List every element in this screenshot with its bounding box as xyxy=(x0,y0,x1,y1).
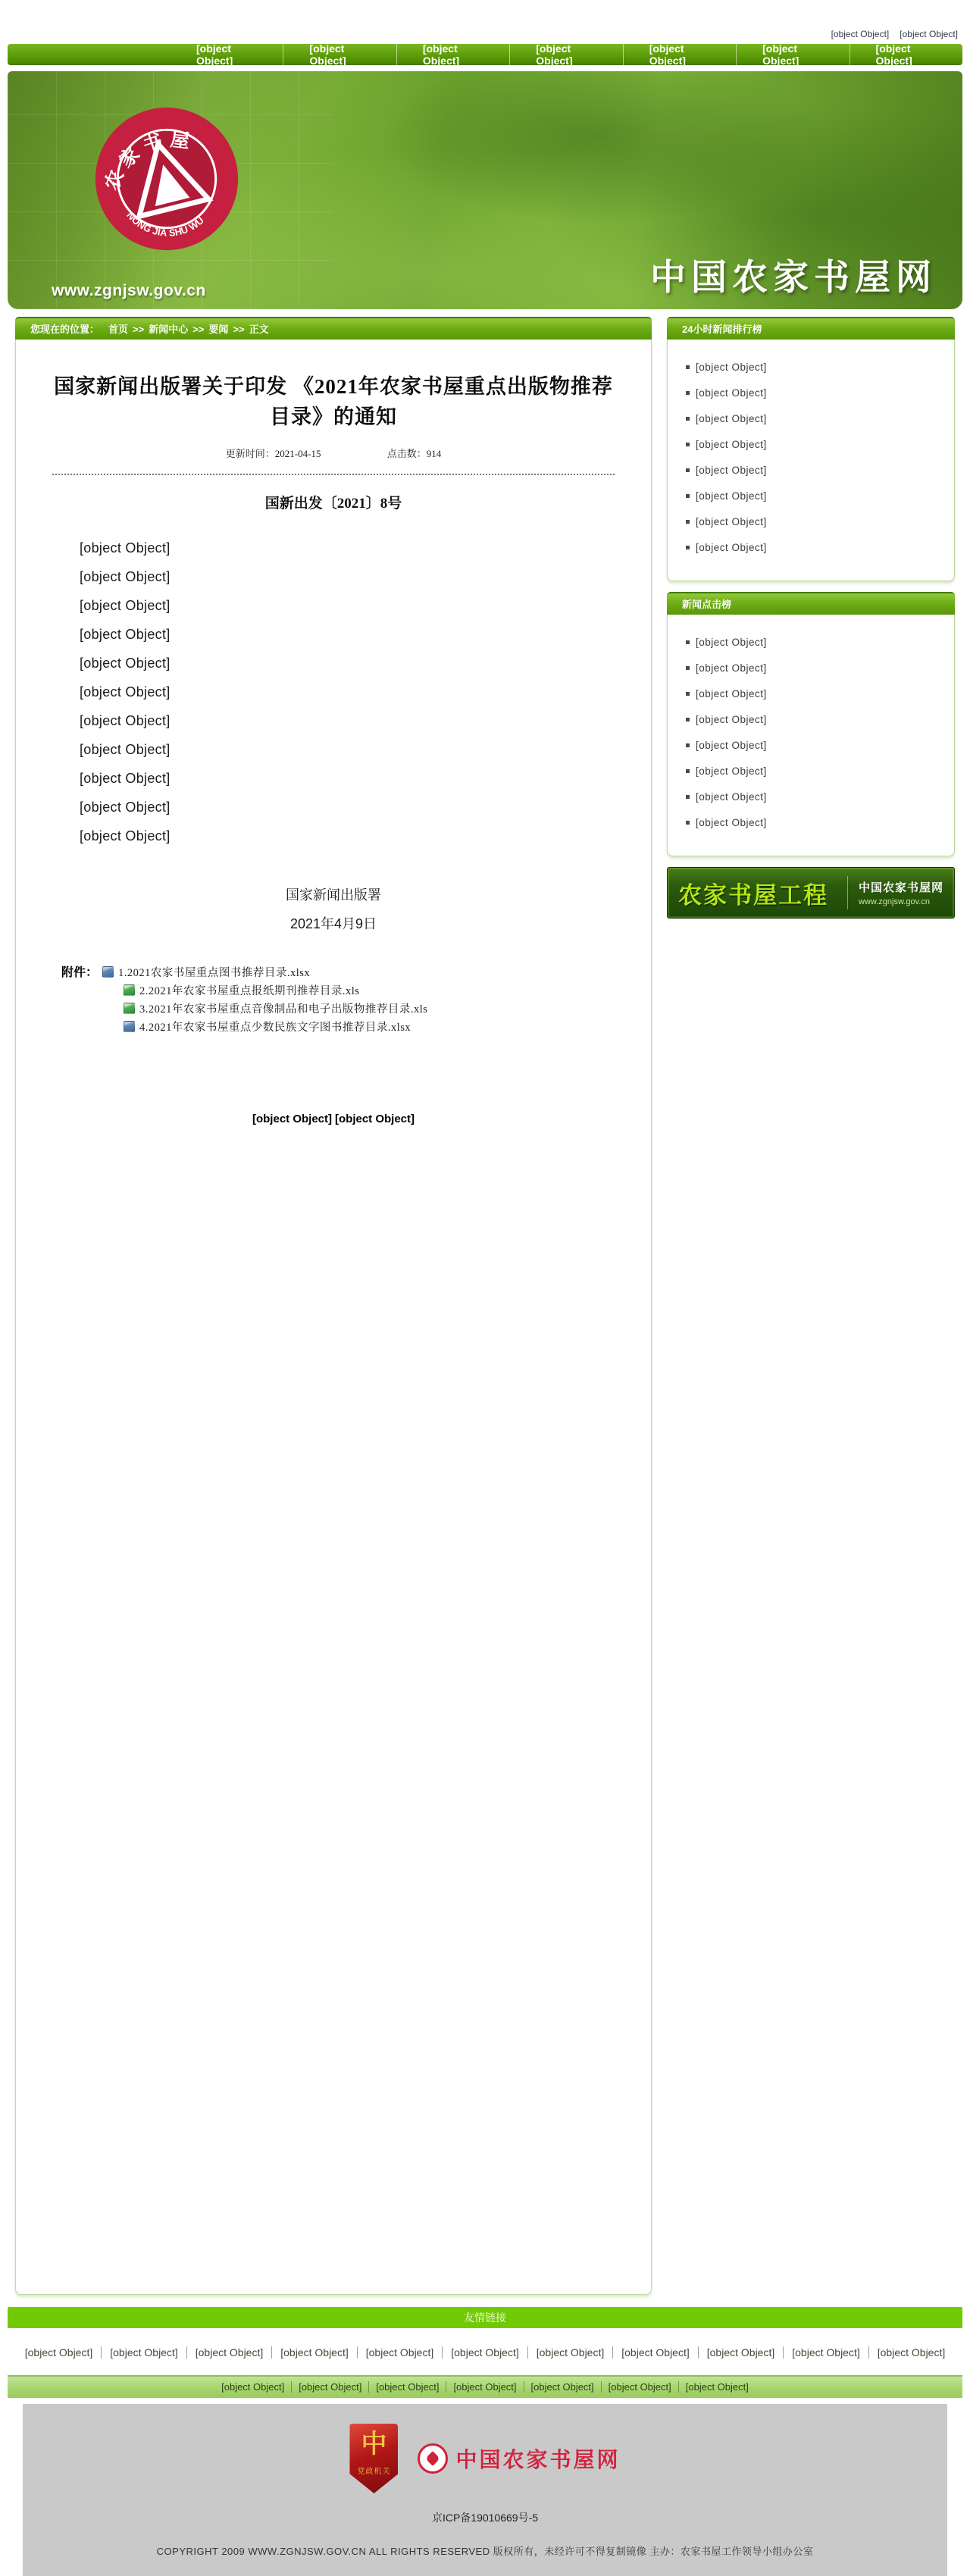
news-list-item[interactable]: [object Object] xyxy=(668,458,954,484)
gov-agency-badge-icon[interactable]: 中 党政机关 xyxy=(349,2424,398,2493)
footer-link[interactable]: [object Object] xyxy=(784,2346,869,2358)
article-paragraph: [object Object] xyxy=(52,591,615,620)
article-paragraph: [object Object] xyxy=(52,649,615,678)
article-actions: [object Object][object Object] xyxy=(52,1113,615,1126)
breadcrumb-item: >>正文 xyxy=(228,324,268,335)
breadcrumb-separator: >> xyxy=(133,324,144,335)
news-list-item[interactable]: [object Object] xyxy=(668,681,954,707)
spreadsheet-file-icon xyxy=(124,1003,135,1014)
spreadsheet-file-icon xyxy=(124,1021,135,1032)
bullet-icon xyxy=(686,692,690,696)
article-paragraph: [object Object] xyxy=(52,706,615,735)
news-list-item[interactable]: [object Object] xyxy=(668,380,954,406)
article-action-button[interactable]: [object Object] xyxy=(335,1113,415,1125)
nav-item[interactable]: [object Object] xyxy=(171,42,283,67)
news-list-item[interactable]: [object Object] xyxy=(668,406,954,432)
article-action-button[interactable]: [object Object] xyxy=(252,1113,332,1125)
news-list-item[interactable]: [object Object] xyxy=(668,535,954,561)
spreadsheet-file-icon xyxy=(124,984,135,996)
news-link[interactable]: [object Object] xyxy=(696,439,767,450)
sidebar: 24小时新闻排行榜 [object Object][object Object]… xyxy=(667,317,955,919)
news-link[interactable]: [object Object] xyxy=(696,516,767,527)
footer-link[interactable]: [object Object] xyxy=(187,2346,273,2358)
nav-item[interactable]: [object Object] xyxy=(624,42,737,67)
article-meta: 更新时间：2021-04-15 点击数：914 xyxy=(52,446,615,460)
nav-item[interactable]: [object Object] xyxy=(283,42,396,67)
clicks-value: 914 xyxy=(427,448,442,459)
bullet-icon xyxy=(686,391,690,395)
news-link[interactable]: [object Object] xyxy=(696,637,767,648)
bullet-icon xyxy=(686,494,690,498)
footer-links-row2: [object Object][object Object][object Ob… xyxy=(8,2375,962,2398)
breadcrumb-item: >>新闻中心 xyxy=(128,324,188,335)
breadcrumb-prefix: 您现在的位置： xyxy=(30,324,99,335)
attachment-row: 4.2021年农家书屋重点少数民族文字图书推荐目录.xlsx xyxy=(124,1019,427,1037)
article-signature: 国家新闻出版署 2021年4月9日 xyxy=(52,881,615,938)
attachments-label: 附件： xyxy=(61,964,98,982)
clicks-rank-title: 新闻点击榜 xyxy=(667,592,955,615)
signature-name: 国家新闻出版署 xyxy=(52,881,615,909)
signature-date: 2021年4月9日 xyxy=(52,909,615,938)
footer-link[interactable]: [object Object] xyxy=(102,2346,187,2358)
updated-label: 更新时间： xyxy=(226,448,275,459)
footer-site-logo: 中国农家书屋网 xyxy=(418,2443,620,2474)
badge-emblem-glyph: 中 xyxy=(349,2430,398,2460)
bottom-footer: 中 党政机关 中国农家书屋网 京ICP备19010669号-5 COPYRIGH… xyxy=(23,2404,947,2576)
topbar-link[interactable]: [object Object] xyxy=(900,29,958,39)
site-banner: 农 家 书 屋 NONG JIA SHU WU www.zgnjsw.gov.c… xyxy=(8,71,962,309)
footer-link[interactable]: [object Object] xyxy=(369,2381,446,2393)
attachment-link[interactable]: 1.2021农家书屋重点图书推荐目录.xlsx xyxy=(118,967,310,979)
news-list-item[interactable]: [object Object] xyxy=(668,509,954,535)
news-list-item[interactable]: [object Object] xyxy=(668,630,954,656)
badge-label: 党政机关 xyxy=(349,2465,398,2476)
article-column: 您现在的位置：首页>>新闻中心>>要闻>>正文 国家新闻出版署关于印发 《202… xyxy=(15,317,652,2295)
rank24-title: 24小时新闻排行榜 xyxy=(667,317,955,340)
spreadsheet-file-icon xyxy=(102,966,114,978)
footer-link[interactable]: [object Object] xyxy=(358,2346,443,2358)
bullet-icon xyxy=(686,520,690,524)
news-link[interactable]: [object Object] xyxy=(696,688,767,700)
bullet-icon xyxy=(686,769,690,773)
bullet-icon xyxy=(686,443,690,446)
bullet-icon xyxy=(686,546,690,549)
article-body: [object Object][object Object][object Ob… xyxy=(52,534,615,850)
article-paragraph: [object Object] xyxy=(52,562,615,591)
article-paragraph: [object Object] xyxy=(52,620,615,649)
page: [object Object][object Object] [object O… xyxy=(0,0,970,2576)
news-link[interactable]: [object Object] xyxy=(696,817,767,828)
article-paragraph: [object Object] xyxy=(52,534,615,562)
article-paragraph: [object Object] xyxy=(52,764,615,793)
banner-site-url: www.zgnjsw.gov.cn xyxy=(52,282,206,300)
promo-divider xyxy=(847,876,848,909)
promo-site-url: www.zgnjsw.gov.cn xyxy=(859,897,943,906)
news-list-item[interactable]: [object Object] xyxy=(668,707,954,733)
footer-link[interactable]: [object Object] xyxy=(869,2346,954,2358)
footer-link[interactable]: [object Object] xyxy=(272,2346,358,2358)
footer-link[interactable]: [object Object] xyxy=(446,2381,524,2393)
news-link[interactable]: [object Object] xyxy=(696,765,767,777)
article-paragraph: [object Object] xyxy=(52,793,615,822)
footer-link[interactable]: [object Object] xyxy=(679,2381,756,2393)
footer-link[interactable]: [object Object] xyxy=(699,2346,784,2358)
breadcrumb-separator: >> xyxy=(233,324,244,335)
footer-link[interactable]: [object Object] xyxy=(443,2346,528,2358)
main-nav: [object Object][object Object][object Ob… xyxy=(8,44,962,65)
icp-number[interactable]: 京ICP备19010669号-5 xyxy=(23,2510,947,2525)
news-link[interactable]: [object Object] xyxy=(696,542,767,553)
news-list-item[interactable]: [object Object] xyxy=(668,810,954,836)
attachment-row: 2.2021年农家书屋重点报纸期刊推荐目录.xls xyxy=(124,982,427,1000)
news-list-item[interactable]: [object Object] xyxy=(668,759,954,784)
site-logo-seal-icon: 农 家 书 屋 NONG JIA SHU WU xyxy=(77,89,257,269)
bullet-icon xyxy=(686,365,690,369)
nav-item[interactable]: [object Object] xyxy=(737,42,850,67)
news-link[interactable]: [object Object] xyxy=(696,740,767,751)
dotted-divider xyxy=(52,474,615,475)
attachment-link[interactable]: 3.2021年农家书屋重点音像制品和电子出版物推荐目录.xls xyxy=(139,1003,427,1016)
breadcrumb-link[interactable]: 新闻中心 xyxy=(149,324,188,335)
bullet-icon xyxy=(686,640,690,644)
footer-link[interactable]: [object Object] xyxy=(214,2381,292,2393)
bullet-icon xyxy=(686,743,690,747)
attachment-row: 1.2021农家书屋重点图书推荐目录.xlsx xyxy=(102,964,427,982)
news-link[interactable]: [object Object] xyxy=(696,465,767,476)
news-link[interactable]: [object Object] xyxy=(696,490,767,502)
top-utility-bar: [object Object][object Object] xyxy=(0,0,970,44)
breadcrumb: 您现在的位置：首页>>新闻中心>>要闻>>正文 xyxy=(15,317,652,340)
news-list-item[interactable]: [object Object] xyxy=(668,432,954,458)
topbar-link[interactable]: [object Object] xyxy=(831,29,890,39)
footer-site-name: 中国农家书屋网 xyxy=(455,2443,620,2474)
article-paragraph: [object Object] xyxy=(52,678,615,706)
news-link[interactable]: [object Object] xyxy=(696,413,767,424)
promo-site-name: 中国农家书屋网 xyxy=(859,879,943,895)
footer-link[interactable]: [object Object] xyxy=(17,2346,102,2358)
footer-links-row1: [object Object][object Object][object Ob… xyxy=(0,2328,970,2375)
article-paragraph: [object Object] xyxy=(52,735,615,764)
bullet-icon xyxy=(686,666,690,670)
breadcrumb-link[interactable]: 要闻 xyxy=(208,324,228,335)
news-link[interactable]: [object Object] xyxy=(696,662,767,674)
bullet-icon xyxy=(686,795,690,799)
bullet-icon xyxy=(686,821,690,825)
news-list-item[interactable]: [object Object] xyxy=(668,656,954,681)
friend-links-bar: 友情链接 xyxy=(8,2307,962,2328)
news-link[interactable]: [object Object] xyxy=(696,714,767,725)
clicks-rank-box: 新闻点击榜 [object Object][object Object][obj… xyxy=(667,592,955,856)
breadcrumb-item: 首页 xyxy=(99,324,128,335)
attachment-row: 3.2021年农家书屋重点音像制品和电子出版物推荐目录.xls xyxy=(124,1000,427,1019)
footer-link[interactable]: [object Object] xyxy=(613,2346,699,2358)
footer-link[interactable]: [object Object] xyxy=(524,2381,602,2393)
article: 国家新闻出版署关于印发 《2021年农家书屋重点出版物推荐目录》的通知 更新时间… xyxy=(15,340,652,2295)
njsw-emblem-icon xyxy=(418,2443,448,2474)
breadcrumb-separator: >> xyxy=(192,324,204,335)
document-number: 国新出发〔2021〕8号 xyxy=(52,492,615,512)
news-list-item[interactable]: [object Object] xyxy=(668,784,954,810)
footer-link[interactable]: [object Object] xyxy=(528,2346,614,2358)
promo-banner[interactable]: 农家书屋工程 中国农家书屋网 www.zgnjsw.gov.cn xyxy=(667,867,955,919)
nav-item[interactable]: [object Object] xyxy=(510,42,623,67)
attachment-link[interactable]: 4.2021年农家书屋重点少数民族文字图书推荐目录.xlsx xyxy=(139,1022,411,1034)
news-link[interactable]: [object Object] xyxy=(696,791,767,803)
news-list-item[interactable]: [object Object] xyxy=(668,355,954,380)
clicks-label: 点击数： xyxy=(387,448,427,459)
breadcrumb-item: >>要闻 xyxy=(188,324,228,335)
promo-title: 农家书屋工程 xyxy=(678,876,837,910)
nav-item[interactable]: [object Object] xyxy=(397,42,510,67)
breadcrumb-link[interactable]: 首页 xyxy=(108,324,128,335)
news-list-item[interactable]: [object Object] xyxy=(668,484,954,509)
bullet-icon xyxy=(686,718,690,721)
footer-link[interactable]: [object Object] xyxy=(602,2381,679,2393)
news-link[interactable]: [object Object] xyxy=(696,387,767,399)
article-title: 国家新闻出版署关于印发 《2021年农家书屋重点出版物推荐目录》的通知 xyxy=(52,371,615,432)
breadcrumb-link[interactable]: 正文 xyxy=(249,324,269,335)
attachment-link[interactable]: 2.2021年农家书屋重点报纸期刊推荐目录.xls xyxy=(139,985,359,997)
banner-site-title: 中国农家书屋网 xyxy=(650,249,937,300)
bullet-icon xyxy=(686,417,690,421)
footer-link[interactable]: [object Object] xyxy=(292,2381,369,2393)
nav-item[interactable]: [object Object] xyxy=(850,42,962,67)
article-paragraph: [object Object] xyxy=(52,822,615,850)
copyright-text: COPYRIGHT 2009 WWW.ZGNJSW.GOV.CN ALL RIG… xyxy=(23,2543,947,2558)
news-link[interactable]: [object Object] xyxy=(696,362,767,373)
bullet-icon xyxy=(686,468,690,472)
attachments: 附件： 1.2021农家书屋重点图书推荐目录.xlsx 2.2021年农家书屋重… xyxy=(61,964,615,1037)
news-list-item[interactable]: [object Object] xyxy=(668,733,954,759)
updated-value: 2021-04-15 xyxy=(275,448,321,459)
rank24-box: 24小时新闻排行榜 [object Object][object Object]… xyxy=(667,317,955,581)
promo-right: 中国农家书屋网 www.zgnjsw.gov.cn xyxy=(859,879,943,906)
